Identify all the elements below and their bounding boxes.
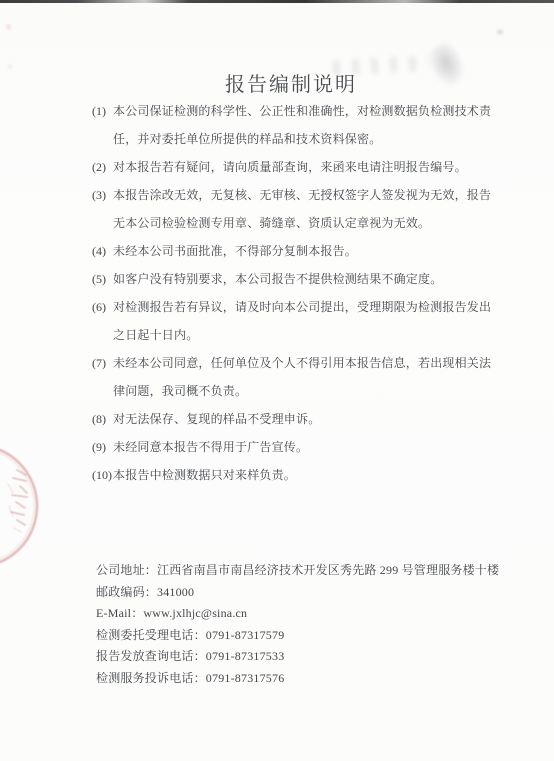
item-text-line: 无本公司检验检测专用章、骑缝章、资质认定章视为无效。	[113, 209, 484, 237]
item-text-line: 任，并对委托单位所提供的样品和技术资料保密。	[113, 125, 484, 153]
notes-list: (1) 本公司保证检测的科学性、公正性和准确性，对检测数据负检测技术责 任，并对…	[92, 97, 484, 489]
contact-email: E-Mail：www.jxlhjc@sina.cn	[96, 603, 499, 625]
contact-postcode: 邮政编码：341000	[96, 582, 499, 604]
note-item-6: (6) 对检测报告若有异议，请及时向本公司提出，受理期限为检测报告发出 之日起十…	[92, 293, 484, 349]
item-number: (1)	[92, 97, 113, 153]
contact-address: 公司地址：江西省南昌市南昌经济技术开发区秀先路 299 号管理服务楼十楼	[96, 560, 499, 582]
item-text-line: 律问题，我司概不负责。	[113, 377, 484, 405]
item-text-line: 之日起十日内。	[113, 321, 484, 349]
item-number: (5)	[92, 265, 113, 293]
document-page: 报告编制说明 (1) 本公司保证检测的科学性、公正性和准确性，对检测数据负检测技…	[0, 0, 554, 761]
red-seal-stamp	[0, 448, 60, 568]
note-item-4: (4) 未经本公司书面批准，不得部分复制本报告。	[92, 237, 484, 265]
item-text-line: 本报告涂改无效，无复核、无审核、无授权签字人签发视为无效，报告	[113, 181, 484, 209]
page-title: 报告编制说明	[14, 68, 554, 97]
item-text-line: 本公司保证检测的科学性、公正性和准确性，对检测数据负检测技术责	[113, 97, 484, 125]
note-item-3: (3) 本报告涂改无效，无复核、无审核、无授权签字人签发视为无效，报告 无本公司…	[92, 181, 484, 237]
item-text-line: 对本报告若有疑问，请向质量部查询，来函来电请注明报告编号。	[113, 153, 484, 181]
item-number: (10)	[92, 461, 113, 489]
note-item-8: (8) 对无法保存、复现的样品不受理申诉。	[92, 405, 484, 433]
note-item-7: (7) 未经本公司同意，任何单位及个人不得引用本报告信息，若出现相关法 律问题，…	[92, 349, 484, 405]
item-text-line: 如客户没有特别要求，本公司报告不提供检测结果不确定度。	[113, 265, 484, 293]
item-number: (4)	[92, 237, 113, 265]
contact-block: 公司地址：江西省南昌市南昌经济技术开发区秀先路 299 号管理服务楼十楼 邮政编…	[96, 560, 499, 689]
item-number: (2)	[92, 153, 113, 181]
pink-ink-speck	[8, 64, 12, 69]
note-item-1: (1) 本公司保证检测的科学性、公正性和准确性，对检测数据负检测技术责 任，并对…	[92, 97, 484, 153]
item-text-line: 未经同意本报告不得用于广告宣传。	[113, 433, 484, 461]
contact-phone-accept: 检测委托受理电话：0791-87317579	[96, 625, 499, 647]
pink-ink-speck	[6, 24, 11, 30]
note-item-5: (5) 如客户没有特别要求，本公司报告不提供检测结果不确定度。	[92, 265, 484, 293]
note-item-10: (10) 本报告中检测数据只对来样负责。	[92, 461, 484, 489]
scan-edge-artifact	[0, 0, 554, 3]
contact-phone-complaint: 检测服务投诉电话：0791-87317576	[96, 668, 499, 690]
item-text-line: 本报告中检测数据只对来样负责。	[113, 461, 484, 489]
item-text-line: 未经本公司书面批准，不得部分复制本报告。	[113, 237, 484, 265]
item-text-line: 对检测报告若有异议，请及时向本公司提出，受理期限为检测报告发出	[113, 293, 484, 321]
ink-bleed-artifact	[497, 30, 503, 34]
note-item-2: (2) 对本报告若有疑问，请向质量部查询，来函来电请注明报告编号。	[92, 153, 484, 181]
contact-phone-issue: 报告发放查询电话：0791-87317533	[96, 646, 499, 668]
note-item-9: (9) 未经同意本报告不得用于广告宣传。	[92, 433, 484, 461]
item-text-line: 未经本公司同意，任何单位及个人不得引用本报告信息，若出现相关法	[113, 349, 484, 377]
item-number: (8)	[92, 405, 113, 433]
item-text-line: 对无法保存、复现的样品不受理申诉。	[113, 405, 484, 433]
item-number: (3)	[92, 181, 113, 237]
item-number: (7)	[92, 349, 113, 405]
item-number: (9)	[92, 433, 113, 461]
item-number: (6)	[92, 293, 113, 349]
